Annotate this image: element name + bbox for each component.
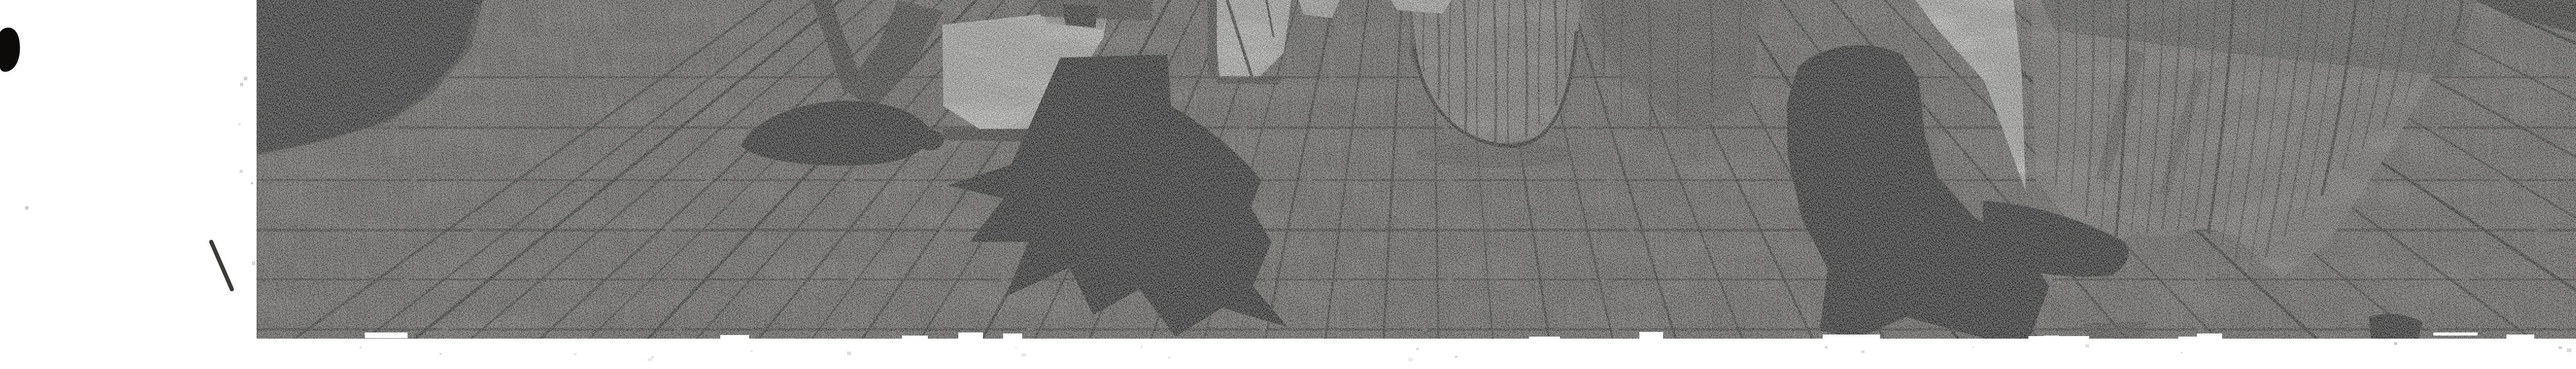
scan-speck <box>1168 357 1171 359</box>
edge-nibble <box>720 335 749 341</box>
illustration-svg <box>0 0 2576 369</box>
scan-speck <box>251 182 253 184</box>
scan-speck <box>648 358 652 361</box>
scan-speck <box>360 347 362 348</box>
edge-nibble <box>1823 335 1880 341</box>
edge-nibble <box>2028 336 2089 340</box>
scan-speck <box>240 170 243 173</box>
scan-speck <box>651 356 654 358</box>
ink-dot <box>25 206 29 210</box>
illustration <box>257 0 2576 343</box>
halftone-grain-light <box>257 0 2576 339</box>
edge-nibble <box>365 332 408 338</box>
edge-nibble <box>902 336 928 340</box>
scan-speck <box>751 350 753 352</box>
edge-nibble <box>1529 337 1560 342</box>
scan-speck <box>238 123 241 126</box>
scan-speck <box>574 353 577 355</box>
scan-speck <box>1141 346 1143 348</box>
scan-speck <box>1861 350 1865 353</box>
scan-speck <box>2086 344 2089 347</box>
scan-speck <box>2567 348 2571 352</box>
edge-nibble <box>2506 335 2534 342</box>
edge-nibble <box>1639 332 1663 339</box>
edge-nibble <box>2178 337 2218 341</box>
scanned-page: { "palette": { "page": "#ffffff", "floor… <box>0 0 2576 369</box>
scan-speck <box>2558 346 2562 349</box>
scan-speck <box>2394 342 2397 345</box>
scan-speck <box>1022 353 1026 357</box>
scan-speck <box>1416 348 1419 350</box>
edge-nibble <box>1003 333 1022 340</box>
scan-speck <box>1972 346 1974 348</box>
scan-speck <box>240 83 243 86</box>
scan-speck <box>252 261 256 265</box>
scan-speck <box>1455 356 1458 358</box>
edge-nibble <box>958 332 983 339</box>
edge-nibble <box>2433 332 2478 336</box>
scan-speck <box>244 77 247 80</box>
scan-speck <box>1015 346 1018 348</box>
scan-speck <box>1825 346 1827 348</box>
scan-speck <box>2181 352 2182 353</box>
scan-speck <box>439 353 442 355</box>
scan-canvas <box>0 0 2576 369</box>
scan-speck <box>1408 358 1413 361</box>
scan-speck <box>847 352 851 355</box>
